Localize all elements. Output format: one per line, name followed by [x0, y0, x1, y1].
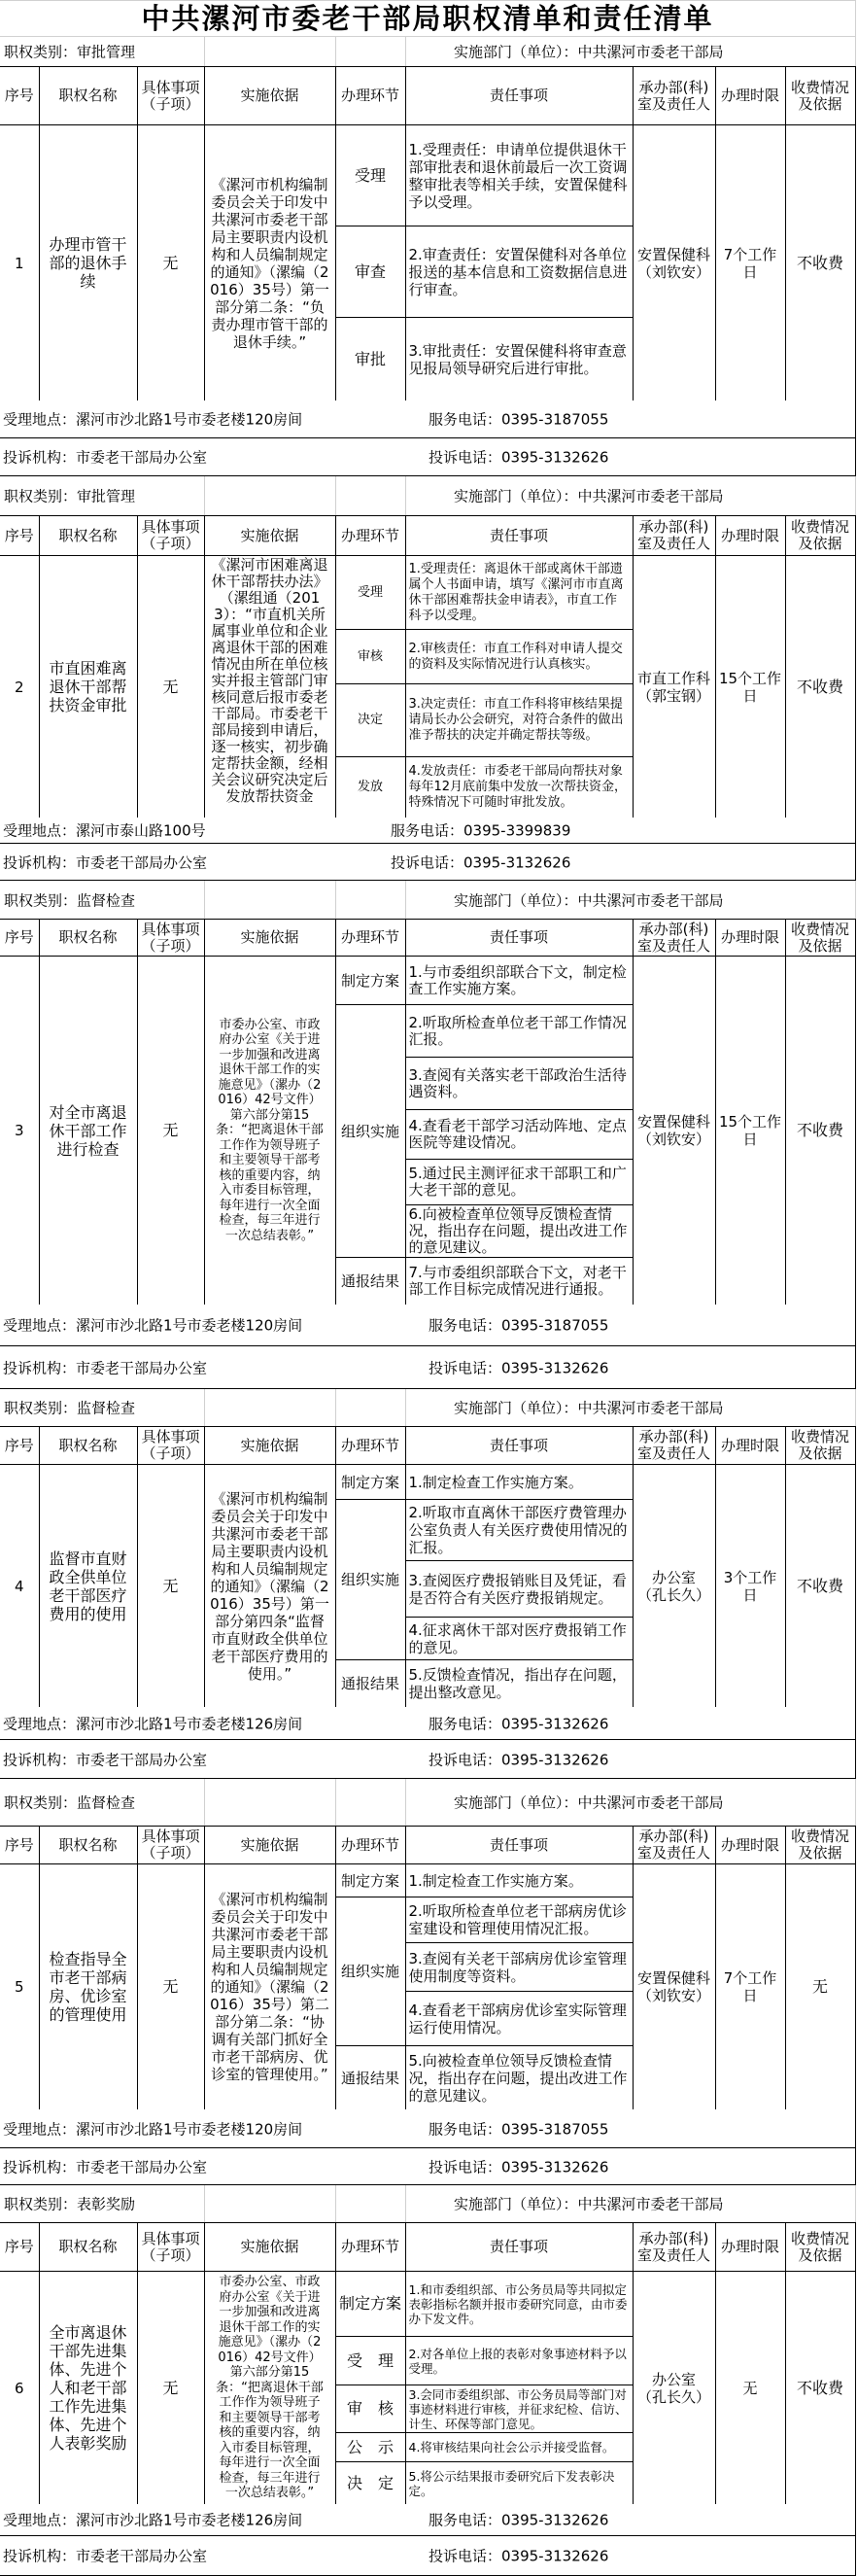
seq-cell: 4 — [0, 1465, 39, 1708]
category-label: 职权类别：表彰奖励 — [4, 2194, 135, 2214]
category-row: 职权类别：审批管理 实施部门（单位）：中共漯河市委老干部局 — [0, 37, 856, 66]
section-table: 序号 职权名称 具体事项 （子项） 实施依据 办理环节 责任事项 承办部(科) … — [0, 515, 856, 818]
column-header-sub-item: 具体事项 （子项） — [137, 920, 204, 957]
complaint-phone-text: 投诉电话：0395-3132626 — [428, 2546, 608, 2566]
column-header-fee: 收费情况 及依据 — [785, 2223, 855, 2272]
column-header-stage: 办理环节 — [335, 1427, 405, 1465]
category-row: 职权类别：表彰奖励 实施部门（单位）：中共漯河市委老干部局 — [0, 2185, 856, 2222]
implementing-dept-label: 实施部门（单位）：中共漯河市委老干部局 — [454, 1793, 724, 1813]
column-header-seq: 序号 — [0, 1827, 39, 1864]
fee-cell: 无 — [785, 1864, 855, 2110]
table-row: 4 监督市直财政全供单位老干部医疗费用的使用 无 《漯河市机构编制委员会关于印发… — [0, 1465, 855, 1500]
dept-person-cell: 市直工作科 （郭宝钢） — [633, 556, 715, 818]
duty-cell: 4.将审核结果向社会公示并接受监督。 — [405, 2433, 633, 2462]
location-row: 受理地点：漯河市沙北路1号市委老楼120房间 服务电话：0395-3187055 — [0, 2109, 856, 2148]
seq-cell: 3 — [0, 957, 39, 1305]
complaint-row: 投诉机构：市委老干部局办公室 投诉电话：0395-3132626 — [0, 2148, 856, 2185]
column-header-fee: 收费情况 及依据 — [785, 516, 855, 556]
implementing-dept-label: 实施部门（单位）：中共漯河市委老干部局 — [454, 1398, 724, 1418]
location-text: 受理地点：漯河市沙北路1号市委老楼120房间 — [3, 2118, 302, 2139]
fee-cell: 不收费 — [785, 125, 855, 401]
header-row: 序号 职权名称 具体事项 （子项） 实施依据 办理环节 责任事项 承办部(科) … — [0, 1427, 855, 1465]
column-header-name: 职权名称 — [39, 67, 137, 125]
seq-cell: 1 — [0, 125, 39, 401]
implementing-dept-label: 实施部门（单位）：中共漯河市委老干部局 — [454, 889, 724, 910]
section-table: 序号 职权名称 具体事项 （子项） 实施依据 办理环节 责任事项 承办部(科) … — [0, 1426, 856, 1707]
stage-cell: 制定方案 — [335, 1864, 405, 1897]
time-limit-cell: 7个工作 日 — [715, 125, 785, 401]
gridline — [855, 37, 856, 66]
column-header-sub-item: 具体事项 （子项） — [137, 1427, 204, 1465]
complaint-org-text: 投诉机构：市委老干部局办公室 — [3, 852, 207, 872]
column-header-basis: 实施依据 — [204, 67, 335, 125]
column-header-duty: 责任事项 — [405, 67, 633, 125]
location-row: 受理地点：漯河市沙北路1号市委老楼126房间 服务电话：0395-3132626 — [0, 1707, 856, 1740]
complaint-org-text: 投诉机构：市委老干部局办公室 — [3, 2546, 207, 2566]
complaint-org-text: 投诉机构：市委老干部局办公室 — [3, 1357, 207, 1377]
stage-cell: 制定方案 — [335, 2272, 405, 2337]
title-row: 中共漯河市委老干部局职权清单和责任清单 — [0, 0, 856, 37]
duty-cell: 7.与市委组织部联合下文，对老干部工作目标完成情况进行通报。 — [405, 1258, 633, 1305]
fee-cell: 不收费 — [785, 957, 855, 1305]
sub-item-cell: 无 — [137, 1864, 204, 2110]
section-table-wrap: 序号 职权名称 具体事项 （子项） 实施依据 办理环节 责任事项 承办部(科) … — [0, 66, 857, 400]
column-header-basis: 实施依据 — [204, 2223, 335, 2272]
column-header-time: 办理时限 — [715, 516, 785, 556]
time-limit-cell: 无 — [715, 2272, 785, 2505]
section-2: 职权类别：审批管理 实施部门（单位）：中共漯河市委老干部局 序号 职权名称 具体… — [0, 476, 857, 881]
duty-cell: 3.决定责任：市直工作科将审核结果提请局长办公会研究，对符合条件的做出准予帮扶的… — [405, 684, 633, 757]
location-row: 受理地点：漯河市沙北路1号市委老楼120房间 服务电话：0395-3187055 — [0, 1305, 856, 1346]
stage-cell: 通报结果 — [335, 1258, 405, 1305]
complaint-row: 投诉机构：市委老干部局办公室 投诉电话：0395-3132626 — [0, 438, 856, 476]
gridline — [335, 1779, 336, 1826]
service-phone-text: 服务电话：0395-3399839 — [391, 820, 570, 841]
basis-cell: 《漯河市机构编制委员会关于印发中共漯河市委老干部局主要职责内设机构和人员编制规定… — [204, 125, 335, 401]
header-row: 序号 职权名称 具体事项 （子项） 实施依据 办理环节 责任事项 承办部(科) … — [0, 920, 855, 957]
basis-cell: 《漯河市机构编制委员会关于印发中共漯河市委老干部局主要职责内设机构和人员编制规定… — [204, 1465, 335, 1708]
location-text: 受理地点：漯河市沙北路1号市委老楼126房间 — [3, 1713, 302, 1733]
column-header-sub-item: 具体事项 （子项） — [137, 516, 204, 556]
category-row: 职权类别：监督检查 实施部门（单位）：中共漯河市委老干部局 — [0, 1779, 856, 1826]
section-table: 序号 职权名称 具体事项 （子项） 实施依据 办理环节 责任事项 承办部(科) … — [0, 2222, 856, 2504]
complaint-phone-text: 投诉电话：0395-3132626 — [391, 852, 570, 872]
duty-cell: 6.向被检查单位领导反馈检查情况，指出存在问题，提出改进工作的意见建议。 — [405, 1205, 633, 1258]
location-row: 受理地点：漯河市沙北路1号市委老楼126房间 服务电话：0395-3132626 — [0, 2504, 856, 2536]
column-header-basis: 实施依据 — [204, 920, 335, 957]
section-table-wrap: 序号 职权名称 具体事项 （子项） 实施依据 办理环节 责任事项 承办部(科) … — [0, 1426, 857, 1707]
basis-cell: 市委办公室、市政府办公室《关于进一步加强和改进离退休干部工作的实施意见》（漯办（… — [204, 957, 335, 1305]
gridline — [855, 881, 856, 919]
location-row: 受理地点：漯河市沙北路1号市委老楼120房间 服务电话：0395-3187055 — [0, 400, 856, 438]
section-table: 序号 职权名称 具体事项 （子项） 实施依据 办理环节 责任事项 承办部(科) … — [0, 66, 856, 400]
column-header-dept: 承办部(科) 室及责任人 — [633, 2223, 715, 2272]
implementing-dept-label: 实施部门（单位）：中共漯河市委老干部局 — [454, 2194, 724, 2214]
category-row: 职权类别：监督检查 实施部门（单位）：中共漯河市委老干部局 — [0, 1389, 856, 1426]
service-phone-text: 服务电话：0395-3132626 — [428, 1713, 608, 1733]
column-header-stage: 办理环节 — [335, 2223, 405, 2272]
stage-cell: 审批 — [335, 318, 405, 401]
sub-item-cell: 无 — [137, 125, 204, 401]
complaint-row: 投诉机构：市委老干部局办公室 投诉电话：0395-3132626 — [0, 2536, 856, 2576]
basis-text: 《漯河市机构编制委员会关于印发中共漯河市委老干部局主要职责内设机构和人员编制规定… — [207, 127, 333, 400]
gridline — [405, 476, 406, 515]
stage-cell: 决 定 — [335, 2462, 405, 2505]
gridline — [855, 476, 856, 515]
basis-text: 市委办公室、市政府办公室《关于进一步加强和改进离退休干部工作的实施意见》（漯办（… — [207, 2274, 333, 2503]
header-row: 序号 职权名称 具体事项 （子项） 实施依据 办理环节 责任事项 承办部(科) … — [0, 1827, 855, 1864]
duty-cell: 4.查看老干部学习活动阵地、定点医院等建设情况。 — [405, 1110, 633, 1160]
sub-item-cell: 无 — [137, 2272, 204, 2505]
basis-cell: 《漯河市困难离退休干部帮扶办法》（漯组通（2013）：“市直机关所属事业单位和企… — [204, 556, 335, 818]
duty-cell: 5.将公示结果报市委研究后下发表彰决定。 — [405, 2462, 633, 2505]
stage-cell: 决定 — [335, 684, 405, 757]
table-row: 6 全市离退休干部先进集体、先进个人和老干部工作先进集体、先进个人表彰奖励 无 … — [0, 2272, 855, 2337]
duty-cell: 1.与市委组织部联合下文，制定检查工作实施方案。 — [405, 957, 633, 1005]
gridline — [335, 476, 336, 515]
duty-cell: 3.会同市委组织部、市公务员局等部门对事迹材料进行审核，并征求纪检、信访、计生、… — [405, 2385, 633, 2433]
section-table-wrap: 序号 职权名称 具体事项 （子项） 实施依据 办理环节 责任事项 承办部(科) … — [0, 919, 857, 1305]
column-header-duty: 责任事项 — [405, 516, 633, 556]
gridline — [204, 1389, 205, 1426]
time-limit-cell: 15个工作 日 — [715, 556, 785, 818]
power-name-cell: 检查指导全市老干部病房、优诊室的管理使用 — [39, 1864, 137, 2110]
column-header-fee: 收费情况 及依据 — [785, 1427, 855, 1465]
column-header-seq: 序号 — [0, 1427, 39, 1465]
duty-cell: 1.制定检查工作实施方案。 — [405, 1864, 633, 1897]
gridline — [405, 1389, 406, 1426]
category-row: 职权类别：监督检查 实施部门（单位）：中共漯河市委老干部局 — [0, 881, 856, 919]
column-header-name: 职权名称 — [39, 516, 137, 556]
category-row: 职权类别：审批管理 实施部门（单位）：中共漯河市委老干部局 — [0, 476, 856, 515]
column-header-duty: 责任事项 — [405, 1827, 633, 1864]
column-header-fee: 收费情况 及依据 — [785, 67, 855, 125]
duty-cell: 1.制定检查工作实施方案。 — [405, 1465, 633, 1500]
column-header-seq: 序号 — [0, 920, 39, 957]
stage-cell: 组织实施 — [335, 1500, 405, 1660]
fee-cell: 不收费 — [785, 556, 855, 818]
complaint-phone-text: 投诉电话：0395-3132626 — [428, 1357, 608, 1377]
gridline — [405, 881, 406, 919]
stage-cell: 通报结果 — [335, 1660, 405, 1708]
column-header-dept: 承办部(科) 室及责任人 — [633, 1427, 715, 1465]
seq-cell: 5 — [0, 1864, 39, 2110]
column-header-sub-item: 具体事项 （子项） — [137, 1827, 204, 1864]
section-3: 职权类别：监督检查 实施部门（单位）：中共漯河市委老干部局 序号 职权名称 具体… — [0, 881, 857, 1389]
implementing-dept-label: 实施部门（单位）：中共漯河市委老干部局 — [454, 42, 724, 62]
complaint-org-text: 投诉机构：市委老干部局办公室 — [3, 447, 207, 468]
stage-cell: 受理 — [335, 125, 405, 226]
sub-item-cell: 无 — [137, 1465, 204, 1708]
complaint-org-text: 投诉机构：市委老干部局办公室 — [3, 1749, 207, 1769]
location-text: 受理地点：漯河市沙北路1号市委老楼120房间 — [3, 409, 302, 430]
duty-cell: 3.查阅有关老干部病房优诊室管理使用制度等资料。 — [405, 1943, 633, 1992]
duty-cell: 4.发放责任：市委老干部局向帮扶对象每年12月底前集中发放一次帮扶资金，特殊情况… — [405, 757, 633, 818]
stage-cell: 审查 — [335, 226, 405, 318]
table-row: 2 市直困难离退休干部帮扶资金审批 无 《漯河市困难离退休干部帮扶办法》（漯组通… — [0, 556, 855, 630]
duty-cell: 3.审批责任：安置保健科将审查意见报局领导研究后进行审批。 — [405, 318, 633, 401]
sub-item-cell: 无 — [137, 556, 204, 818]
service-phone-text: 服务电话：0395-3132626 — [428, 2510, 608, 2530]
column-header-seq: 序号 — [0, 2223, 39, 2272]
basis-text: 《漯河市机构编制委员会关于印发中共漯河市委老干部局主要职责内设机构和人员编制规定… — [207, 1467, 333, 1706]
column-header-dept: 承办部(科) 室及责任人 — [633, 920, 715, 957]
fee-cell: 不收费 — [785, 2272, 855, 2505]
power-name-cell: 办理市管干部的退休手续 — [39, 125, 137, 401]
complaint-row: 投诉机构：市委老干部局办公室 投诉电话：0395-3132626 — [0, 844, 856, 881]
column-header-sub-item: 具体事项 （子项） — [137, 67, 204, 125]
section-table-wrap: 序号 职权名称 具体事项 （子项） 实施依据 办理环节 责任事项 承办部(科) … — [0, 2222, 857, 2504]
stage-cell: 受 理 — [335, 2337, 405, 2385]
power-name-cell: 市直困难离退休干部帮扶资金审批 — [39, 556, 137, 818]
gridline — [204, 2185, 205, 2222]
section-5: 职权类别：监督检查 实施部门（单位）：中共漯河市委老干部局 序号 职权名称 具体… — [0, 1779, 857, 2185]
column-header-fee: 收费情况 及依据 — [785, 1827, 855, 1864]
complaint-row: 投诉机构：市委老干部局办公室 投诉电话：0395-3132626 — [0, 1740, 856, 1779]
gridline — [405, 37, 406, 66]
fee-cell: 不收费 — [785, 1465, 855, 1708]
duty-cell: 2.听取市直离休干部医疗费管理办公室负责人有关医疗费使用情况的汇报。 — [405, 1500, 633, 1561]
column-header-time: 办理时限 — [715, 920, 785, 957]
seq-cell: 6 — [0, 2272, 39, 2505]
section-table-wrap: 序号 职权名称 具体事项 （子项） 实施依据 办理环节 责任事项 承办部(科) … — [0, 515, 857, 818]
duty-cell: 3.查阅有关落实老干部政治生活待遇资料。 — [405, 1058, 633, 1110]
category-label: 职权类别：监督检查 — [4, 1793, 135, 1813]
table-row: 1 办理市管干部的退休手续 无 《漯河市机构编制委员会关于印发中共漯河市委老干部… — [0, 125, 855, 226]
section-6: 职权类别：表彰奖励 实施部门（单位）：中共漯河市委老干部局 序号 职权名称 具体… — [0, 2185, 857, 2576]
duty-cell: 4.查看老干部病房优诊室实际管理运行使用情况。 — [405, 1992, 633, 2046]
duty-cell: 5.反馈检查情况，指出存在问题，提出整改意见。 — [405, 1660, 633, 1708]
header-row: 序号 职权名称 具体事项 （子项） 实施依据 办理环节 责任事项 承办部(科) … — [0, 2223, 855, 2272]
basis-text: 《漯河市困难离退休干部帮扶办法》（漯组通（2013）：“市直机关所属事业单位和企… — [207, 557, 333, 818]
gridline — [204, 1779, 205, 1826]
duty-cell: 2.听取所检查单位老干部工作情况汇报。 — [405, 1005, 633, 1058]
category-label: 职权类别：监督检查 — [4, 1398, 135, 1418]
category-label: 职权类别：监督检查 — [4, 889, 135, 910]
dept-person-cell: 办公室 （孔长久） — [633, 2272, 715, 2505]
stage-cell: 审核 — [335, 630, 405, 684]
column-header-stage: 办理环节 — [335, 920, 405, 957]
gridline — [405, 1779, 406, 1826]
column-header-dept: 承办部(科) 室及责任人 — [633, 1827, 715, 1864]
stage-cell: 组织实施 — [335, 1897, 405, 2046]
dept-person-cell: 办公室 （孔长久） — [633, 1465, 715, 1708]
column-header-stage: 办理环节 — [335, 1827, 405, 1864]
duty-cell: 1.和市委组织部、市公务员局等共同拟定表彰指标名额并报市委研究同意，由市委办下发… — [405, 2272, 633, 2337]
column-header-name: 职权名称 — [39, 2223, 137, 2272]
implementing-dept-label: 实施部门（单位）：中共漯河市委老干部局 — [454, 486, 724, 506]
service-phone-text: 服务电话：0395-3187055 — [428, 2118, 608, 2139]
gridline — [855, 1389, 856, 1426]
column-header-stage: 办理环节 — [335, 67, 405, 125]
power-name-cell: 监督市直财政全供单位老干部医疗费用的使用 — [39, 1465, 137, 1708]
basis-cell: 市委办公室、市政府办公室《关于进一步加强和改进离退休干部工作的实施意见》（漯办（… — [204, 2272, 335, 2505]
stage-cell: 制定方案 — [335, 1465, 405, 1500]
gridline — [855, 2185, 856, 2222]
basis-text: 市委办公室、市政府办公室《关于进一步加强和改进离退休干部工作的实施意见》（漯办（… — [207, 958, 333, 1304]
stage-cell: 发放 — [335, 757, 405, 818]
section-4: 职权类别：监督检查 实施部门（单位）：中共漯河市委老干部局 序号 职权名称 具体… — [0, 1389, 857, 1779]
gridline — [855, 1779, 856, 1826]
location-text: 受理地点：漯河市泰山路100号 — [3, 820, 206, 841]
section-1: 职权类别：审批管理 实施部门（单位）：中共漯河市委老干部局 序号 职权名称 具体… — [0, 37, 857, 476]
column-header-dept: 承办部(科) 室及责任人 — [633, 67, 715, 125]
complaint-phone-text: 投诉电话：0395-3132626 — [428, 447, 608, 468]
location-text: 受理地点：漯河市沙北路1号市委老楼120房间 — [3, 1315, 302, 1336]
duty-cell: 1.受理责任：申请单位提供退休干部审批表和退休前最后一次工资调整审批表等相关手续… — [405, 125, 633, 226]
responsibility-list-sheet: 中共漯河市委老干部局职权清单和责任清单 职权类别：审批管理 实施部门（单位）：中… — [0, 0, 857, 2576]
gridline — [204, 881, 205, 919]
column-header-basis: 实施依据 — [204, 516, 335, 556]
column-header-fee: 收费情况 及依据 — [785, 920, 855, 957]
table-row: 3 对全市离退休干部工作进行检查 无 市委办公室、市政府办公室《关于进一步加强和… — [0, 957, 855, 1005]
section-table: 序号 职权名称 具体事项 （子项） 实施依据 办理环节 责任事项 承办部(科) … — [0, 919, 856, 1305]
column-header-basis: 实施依据 — [204, 1827, 335, 1864]
gridline — [335, 37, 336, 66]
duty-cell: 3.查阅医疗费报销账目及凭证，看是否符合有关医疗费报销规定。 — [405, 1561, 633, 1618]
location-row: 受理地点：漯河市泰山路100号 服务电话：0395-3399839 — [0, 818, 856, 844]
time-limit-cell: 3个工作 日 — [715, 1465, 785, 1708]
basis-cell: 《漯河市机构编制委员会关于印发中共漯河市委老干部局主要职责内设机构和人员编制规定… — [204, 1864, 335, 2110]
seq-cell: 2 — [0, 556, 39, 818]
service-phone-text: 服务电话：0395-3187055 — [428, 409, 608, 430]
stage-cell: 制定方案 — [335, 957, 405, 1005]
header-row: 序号 职权名称 具体事项 （子项） 实施依据 办理环节 责任事项 承办部(科) … — [0, 67, 855, 125]
section-table-wrap: 序号 职权名称 具体事项 （子项） 实施依据 办理环节 责任事项 承办部(科) … — [0, 1826, 857, 2109]
complaint-phone-text: 投诉电话：0395-3132626 — [428, 1749, 608, 1769]
category-label: 职权类别：审批管理 — [4, 42, 135, 62]
complaint-row: 投诉机构：市委老干部局办公室 投诉电话：0395-3132626 — [0, 1346, 856, 1389]
duty-cell: 1.受理责任：离退休干部或离休干部遗属个人书面申请，填写《漯河市市直离休干部困难… — [405, 556, 633, 630]
gridline — [335, 881, 336, 919]
dept-person-cell: 安置保健科 （刘钦安） — [633, 957, 715, 1305]
gridline — [204, 476, 205, 515]
gridline — [204, 37, 205, 66]
column-header-time: 办理时限 — [715, 2223, 785, 2272]
column-header-stage: 办理环节 — [335, 516, 405, 556]
stage-cell: 组织实施 — [335, 1005, 405, 1258]
column-header-seq: 序号 — [0, 67, 39, 125]
gridline — [335, 1389, 336, 1426]
gridline — [405, 2185, 406, 2222]
power-name-cell: 对全市离退休干部工作进行检查 — [39, 957, 137, 1305]
duty-cell: 2.审核责任：市直工作科对申请人提交的资料及实际情况进行认真核实。 — [405, 630, 633, 684]
duty-cell: 5.通过民主测评征求干部职工和广大老干部的意见。 — [405, 1160, 633, 1205]
time-limit-cell: 7个工作 日 — [715, 1864, 785, 2110]
column-header-duty: 责任事项 — [405, 2223, 633, 2272]
column-header-duty: 责任事项 — [405, 1427, 633, 1465]
header-row: 序号 职权名称 具体事项 （子项） 实施依据 办理环节 责任事项 承办部(科) … — [0, 516, 855, 556]
complaint-phone-text: 投诉电话：0395-3132626 — [428, 2156, 608, 2176]
stage-cell: 受理 — [335, 556, 405, 630]
stage-cell: 公 示 — [335, 2433, 405, 2462]
section-table: 序号 职权名称 具体事项 （子项） 实施依据 办理环节 责任事项 承办部(科) … — [0, 1826, 856, 2109]
stage-cell: 审 核 — [335, 2385, 405, 2433]
duty-cell: 2.对各单位上报的表彰对象事迹材料予以受理。 — [405, 2337, 633, 2385]
gridline — [335, 2185, 336, 2222]
duty-cell: 4.征求离休干部对医疗费报销工作的意见。 — [405, 1618, 633, 1660]
basis-text: 《漯河市机构编制委员会关于印发中共漯河市委老干部局主要职责内设机构和人员编制规定… — [207, 1866, 333, 2108]
column-header-dept: 承办部(科) 室及责任人 — [633, 516, 715, 556]
duty-cell: 2.听取所检查单位老干部病房优诊室建设和管理使用情况汇报。 — [405, 1897, 633, 1943]
time-limit-cell: 15个工作 日 — [715, 957, 785, 1305]
stage-cell: 通报结果 — [335, 2046, 405, 2110]
duty-cell: 5.向被检查单位领导反馈检查情况，指出存在问题，提出改进工作的意见建议。 — [405, 2046, 633, 2110]
column-header-name: 职权名称 — [39, 1427, 137, 1465]
column-header-basis: 实施依据 — [204, 1427, 335, 1465]
service-phone-text: 服务电话：0395-3187055 — [428, 1315, 608, 1336]
column-header-name: 职权名称 — [39, 920, 137, 957]
column-header-time: 办理时限 — [715, 1827, 785, 1864]
power-name-cell: 全市离退休干部先进集体、先进个人和老干部工作先进集体、先进个人表彰奖励 — [39, 2272, 137, 2505]
dept-person-cell: 安置保健科 （刘钦安） — [633, 125, 715, 401]
category-label: 职权类别：审批管理 — [4, 486, 135, 506]
column-header-duty: 责任事项 — [405, 920, 633, 957]
column-header-sub-item: 具体事项 （子项） — [137, 2223, 204, 2272]
column-header-seq: 序号 — [0, 516, 39, 556]
column-header-name: 职权名称 — [39, 1827, 137, 1864]
duty-cell: 2.审查责任：安置保健科对各单位报送的基本信息和工资数据信息进行审查。 — [405, 226, 633, 318]
column-header-time: 办理时限 — [715, 1427, 785, 1465]
table-row: 5 检查指导全市老干部病房、优诊室的管理使用 无 《漯河市机构编制委员会关于印发… — [0, 1864, 855, 1897]
location-text: 受理地点：漯河市沙北路1号市委老楼126房间 — [3, 2510, 302, 2530]
page-title: 中共漯河市委老干部局职权清单和责任清单 — [141, 2, 713, 35]
complaint-org-text: 投诉机构：市委老干部局办公室 — [3, 2156, 207, 2176]
sub-item-cell: 无 — [137, 957, 204, 1305]
dept-person-cell: 安置保健科 （刘钦安） — [633, 1864, 715, 2110]
column-header-time: 办理时限 — [715, 67, 785, 125]
